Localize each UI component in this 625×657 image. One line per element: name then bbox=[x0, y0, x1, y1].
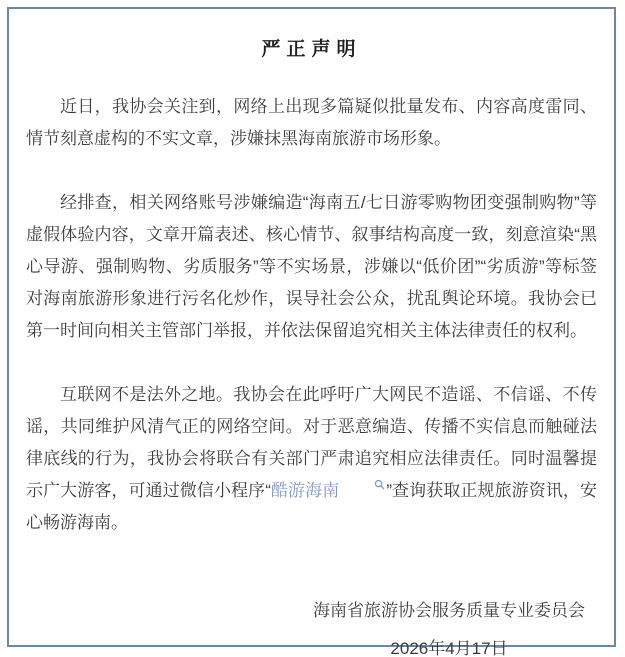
signature-inner: 海南省旅游协会服务质量专业委员会 2026年4月17日 bbox=[313, 599, 585, 657]
miniprogram-link[interactable]: 酷游海南 bbox=[271, 481, 386, 500]
miniprogram-link-label: 酷游海南 bbox=[271, 481, 339, 500]
signature-block: 海南省旅游协会服务质量专业委员会 2026年4月17日 bbox=[26, 599, 597, 657]
statement-document: 严正声明 近日，我协会关注到，网络上出现多篇疑似批量发布、内容高度雷同、情节刻意… bbox=[7, 7, 616, 647]
search-icon bbox=[340, 479, 385, 490]
statement-title: 严正声明 bbox=[26, 34, 597, 61]
paragraph-findings: 经排查，相关网络账号涉嫌编造“海南五/七日游零购物团变强制购物”等虚假体验内容，… bbox=[26, 187, 597, 347]
signature-org: 海南省旅游协会服务质量专业委员会 bbox=[313, 599, 585, 623]
paragraph-closing: 互联网不是法外之地。我协会在此呼吁广大网民不造谣、不信谣、不传谣，共同维护风清气… bbox=[26, 379, 597, 539]
signature-date: 2026年4月17日 bbox=[313, 637, 585, 657]
paragraph-intro: 近日，我协会关注到，网络上出现多篇疑似批量发布、内容高度雷同、情节刻意虚构的不实… bbox=[26, 91, 597, 155]
